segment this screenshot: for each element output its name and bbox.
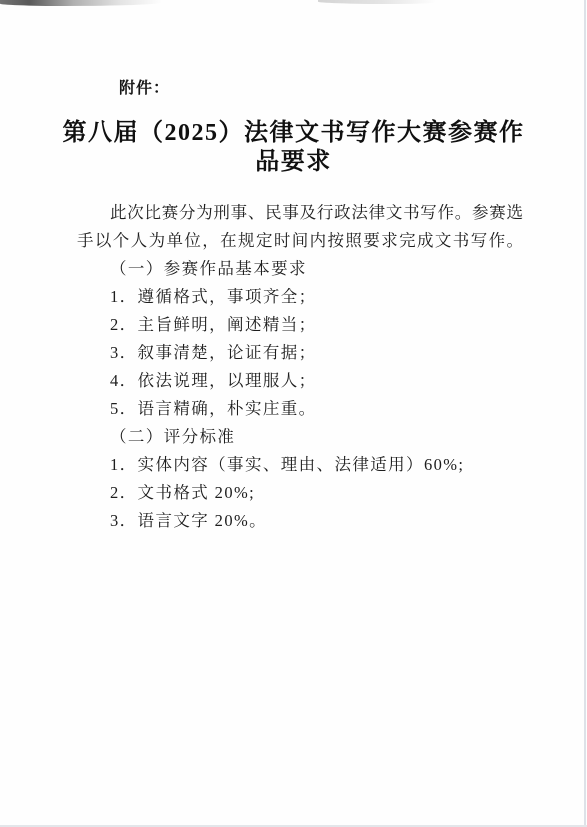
intro-paragraph-line-2: 手以个人为单位，在规定时间内按照要求完成文书写作。 xyxy=(77,227,523,255)
document-page: 附件： 第八届（2025）法律文书写作大赛参赛作 品要求 此次比赛分为刑事、民事… xyxy=(0,0,587,827)
scan-artifact-top-middle xyxy=(318,0,436,4)
section-1-item-1: 1．遵循格式，事项齐全； xyxy=(77,283,523,311)
section-1-heading: （一）参赛作品基本要求 xyxy=(77,255,523,283)
section-1-item-5: 5．语言精确，朴实庄重。 xyxy=(77,395,523,423)
section-2-item-3: 3．语言文字 20%。 xyxy=(77,507,523,535)
section-2-heading: （二）评分标准 xyxy=(77,423,523,451)
section-2-item-1: 1．实体内容（事实、理由、法律适用）60%; xyxy=(77,451,523,479)
document-title-line-1: 第八届（2025）法律文书写作大赛参赛作 xyxy=(40,119,547,148)
scan-edge-line-right xyxy=(584,0,586,827)
section-1-item-3: 3．叙事清楚，论证有据； xyxy=(77,339,523,367)
section-2-item-2: 2．文书格式 20%; xyxy=(77,479,523,507)
section-1-item-4: 4．依法说理，以理服人； xyxy=(77,367,523,395)
document-title: 第八届（2025）法律文书写作大赛参赛作 品要求 xyxy=(40,119,547,177)
attachment-label: 附件： xyxy=(119,75,170,98)
document-body: 此次比赛分为刑事、民事及行政法律文书写作。参赛选 手以个人为单位，在规定时间内按… xyxy=(77,199,523,535)
scan-artifact-top-left xyxy=(0,0,162,6)
section-1-item-2: 2．主旨鲜明，阐述精当； xyxy=(77,311,523,339)
intro-paragraph-line-1: 此次比赛分为刑事、民事及行政法律文书写作。参赛选 xyxy=(77,199,523,227)
document-title-line-2: 品要求 xyxy=(40,148,547,177)
